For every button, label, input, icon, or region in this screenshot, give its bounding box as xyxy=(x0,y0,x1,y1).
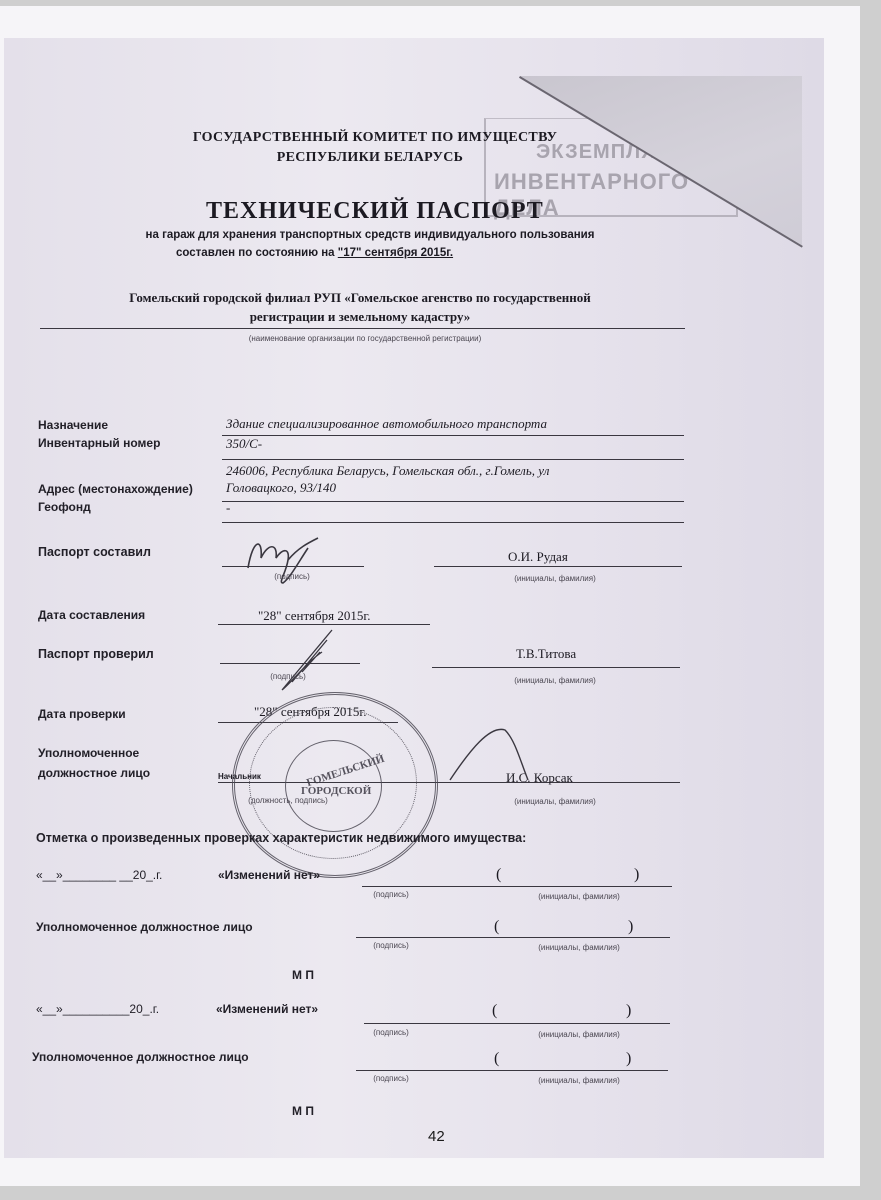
signature-scribble-2 xyxy=(262,622,352,692)
compiled-signature-line xyxy=(222,566,364,567)
check-1-line xyxy=(362,886,672,887)
signature-scribble-3 xyxy=(440,720,550,790)
compiled-name-caption: (инициалы, фамилия) xyxy=(480,574,630,583)
compiled-as-of: составлен по состоянию на "17" сентября … xyxy=(176,247,453,259)
checked-signature-caption: (подпись) xyxy=(258,672,318,681)
purpose-label: Назначение xyxy=(38,418,108,432)
check-2-seal: М П xyxy=(292,1104,314,1118)
page-number: 42 xyxy=(428,1128,445,1145)
check-2-status: «Изменений нет» xyxy=(216,1002,318,1016)
check-1-paren-open: ( xyxy=(496,866,501,884)
compiled-name-line xyxy=(434,566,682,567)
compiled-signature-caption: (подпись) xyxy=(262,572,322,581)
check-1-paren-close: ) xyxy=(634,866,639,884)
official-round-seal: ГОМЕЛЬСКИЙ ГОРОДСКОЙ xyxy=(232,692,438,878)
compiled-by-name: О.И. Рудая xyxy=(508,549,568,565)
org-line-1: ГОСУДАРСТВЕННЫЙ КОМИТЕТ ПО ИМУЩЕСТВУ xyxy=(140,130,610,146)
org-line-2: РЕСПУБЛИКИ БЕЛАРУСЬ xyxy=(200,150,540,166)
checked-signature-line xyxy=(220,663,360,664)
compiled-prefix: составлен по состоянию на xyxy=(176,247,335,259)
check-1-official-paren-open: ( xyxy=(494,918,499,936)
checked-name-caption: (инициалы, фамилия) xyxy=(480,676,630,685)
address-underline xyxy=(222,501,684,502)
check-2-official-label: Уполномоченное должностное лицо xyxy=(32,1050,249,1064)
check-1-official-signature-caption: (подпись) xyxy=(366,941,416,950)
geofund-underline xyxy=(222,522,684,523)
check-2-official-paren-open: ( xyxy=(494,1050,499,1068)
check-2-name-caption: (инициалы, фамилия) xyxy=(524,1030,634,1039)
agency-line-1: Гомельский городской филиал РУП «Гомельс… xyxy=(40,290,680,306)
check-1-signature-caption: (подпись) xyxy=(366,890,416,899)
purpose-value: Здание специализированное автомобильного… xyxy=(226,416,547,432)
authorized-label-line-2: должностное лицо xyxy=(38,766,150,780)
address-value-line-1: 246006, Республика Беларусь, Гомельская … xyxy=(226,463,549,479)
check-date-label: Дата проверки xyxy=(38,707,126,721)
document-subtitle: на гараж для хранения транспортных средс… xyxy=(70,229,670,241)
check-1-official-name-caption: (инициалы, фамилия) xyxy=(524,943,634,952)
check-2-signature-caption: (подпись) xyxy=(366,1028,416,1037)
check-2-paren-open: ( xyxy=(492,1002,497,1020)
check-2-date: «__»__________20_.г. xyxy=(36,1002,159,1016)
authorized-name-caption: (инициалы, фамилия) xyxy=(480,797,630,806)
authorized-label-line-1: Уполномоченное xyxy=(38,746,139,760)
checked-by-label: Паспорт проверил xyxy=(38,647,154,661)
address-label: Адрес (местонахождение) xyxy=(38,482,193,496)
checks-heading: Отметка о произведенных проверках характ… xyxy=(36,831,526,845)
compile-date-label: Дата составления xyxy=(38,608,145,622)
address-value-line-2: Головацкого, 93/140 xyxy=(226,480,336,496)
checked-by-name: Т.В.Титова xyxy=(516,646,576,662)
check-2-official-paren-close: ) xyxy=(626,1050,631,1068)
check-1-date: «__»________ __20_.г. xyxy=(36,868,162,882)
agency-caption: (наименование организации по государстве… xyxy=(200,334,530,343)
check-2-paren-close: ) xyxy=(626,1002,631,1020)
agency-line-2: регистрации и земельному кадастру» xyxy=(40,309,680,325)
inventory-value: 350/С- xyxy=(226,436,262,452)
inventory-label: Инвентарный номер xyxy=(38,436,160,450)
agency-underline xyxy=(40,328,685,329)
check-1-official-paren-close: ) xyxy=(628,918,633,936)
check-1-name-caption: (инициалы, фамилия) xyxy=(524,892,634,901)
check-2-official-signature-caption: (подпись) xyxy=(366,1074,416,1083)
check-2-line xyxy=(364,1023,670,1024)
compiled-date: "17" сентября 2015г. xyxy=(338,247,453,259)
geofund-label: Геофонд xyxy=(38,500,91,514)
check-1-official-line xyxy=(356,937,670,938)
document-title: ТЕХНИЧЕСКИЙ ПАСПОРТ xyxy=(206,198,544,225)
checked-name-line xyxy=(432,667,680,668)
geofund-value: - xyxy=(226,500,230,516)
check-1-seal: М П xyxy=(292,968,314,982)
inventory-underline xyxy=(222,459,684,460)
check-1-official-label: Уполномоченное должностное лицо xyxy=(36,920,253,934)
compiled-by-label: Паспорт составил xyxy=(38,545,151,559)
seal-text-2: ГОРОДСКОЙ xyxy=(301,785,371,797)
purpose-underline xyxy=(222,435,684,436)
check-2-official-name-caption: (инициалы, фамилия) xyxy=(524,1076,634,1085)
check-1-status: «Изменений нет» xyxy=(218,868,320,882)
check-2-official-line xyxy=(356,1070,668,1071)
